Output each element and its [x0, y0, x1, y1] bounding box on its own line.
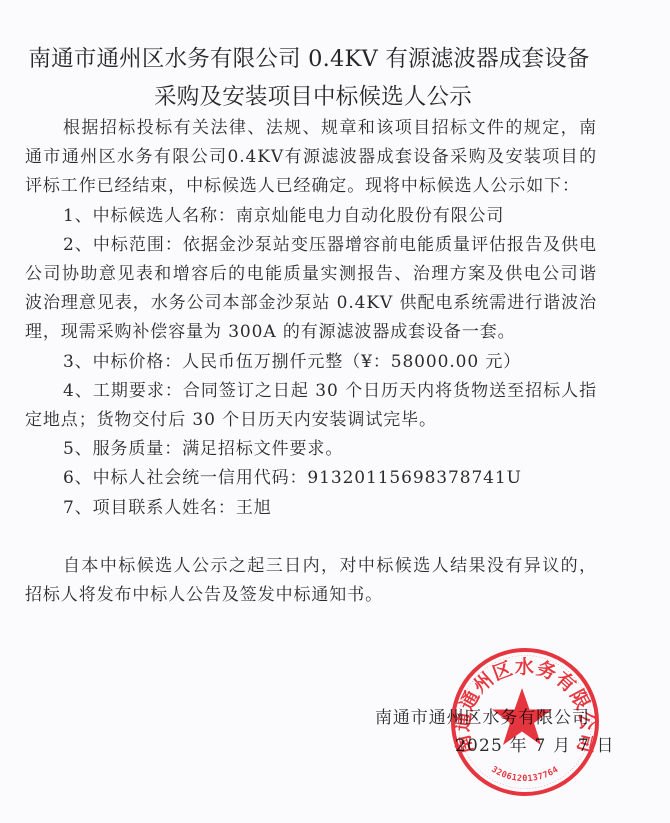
announcement-page: 南通市通州区水务有限公司 0.4KV 有源滤波器成套设备 采购及安装项目中标候选… — [0, 0, 670, 823]
star-icon — [492, 688, 552, 745]
item-value: 91320115698378741U — [307, 468, 521, 488]
page-title-line1: 南通市通州区水务有限公司 0.4KV 有源滤波器成套设备 — [0, 44, 644, 74]
item-label: 4、工期要求： — [63, 381, 183, 401]
item-service-quality: 5、服务质量：满足招标文件要求。 — [25, 435, 597, 464]
page-title-line2: 采购及安装项目中标候选人公示 — [0, 82, 648, 112]
item-value: 满足招标文件要求。 — [182, 439, 343, 459]
item-label: 5、服务质量： — [63, 439, 182, 459]
item-value: 王旭 — [236, 498, 272, 518]
announcement-body: 根据招标投标有关法律、法规、规章和该项目招标文件的规定，南通市通州区水务有限公司… — [25, 114, 597, 610]
intro-paragraph: 根据招标投标有关法律、法规、规章和该项目招标文件的规定，南通市通州区水务有限公司… — [25, 114, 597, 202]
item-candidate-name: 1、中标候选人名称：南京灿能电力自动化股份有限公司 — [25, 202, 597, 231]
item-label: 2、中标范围： — [63, 235, 183, 255]
item-credit-code: 6、中标人社会统一信用代码：91320115698378741U — [25, 464, 597, 493]
spacer — [25, 523, 597, 552]
item-label: 1、中标候选人名称： — [63, 206, 236, 226]
item-label: 3、中标价格： — [63, 352, 182, 372]
item-contact: 7、项目联系人姓名：王旭 — [25, 494, 597, 523]
official-seal: 南通通州区水务有限公司 3206120137764 — [449, 646, 601, 798]
closing-paragraph: 自本中标候选人公示之起三日内，对中标候选人结果没有异议的，招标人将发布中标人公告… — [25, 552, 597, 610]
item-label: 6、中标人社会统一信用代码： — [63, 468, 307, 488]
item-schedule: 4、工期要求：合同签订之日起 30 个日历天内将货物送至招标人指定地点；货物交付… — [25, 377, 597, 435]
item-value: 南京灿能电力自动化股份有限公司 — [236, 206, 505, 226]
item-scope: 2、中标范围：依据金沙泵站变压器增容前电能质量评估报告及供电公司协助意见表和增容… — [25, 231, 597, 348]
item-value: 人民币伍万捌仟元整（¥：58000.00 元） — [182, 352, 521, 372]
item-price: 3、中标价格：人民币伍万捌仟元整（¥：58000.00 元） — [25, 348, 597, 377]
svg-text:3206120137764: 3206120137764 — [489, 765, 560, 784]
item-label: 7、项目联系人姓名： — [63, 498, 236, 518]
